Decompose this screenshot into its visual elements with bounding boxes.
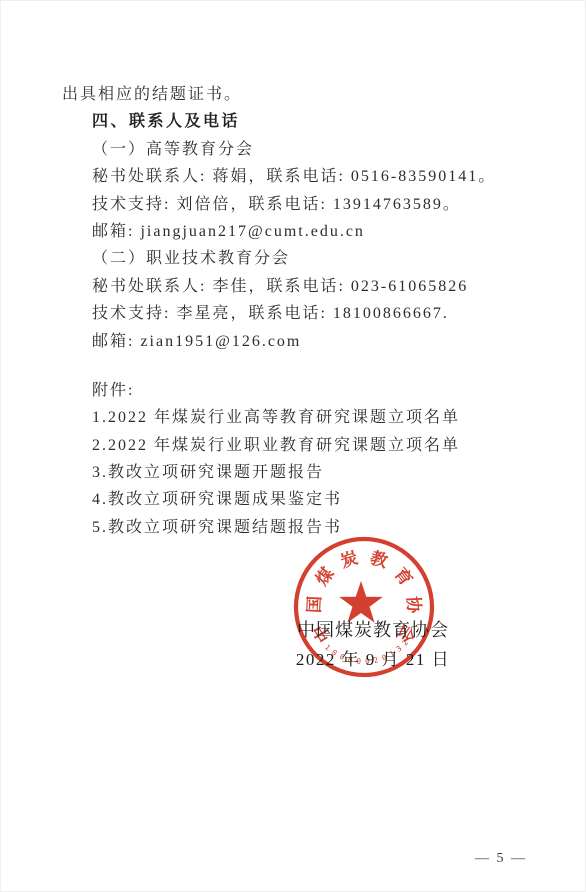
branch-2-support-line: 技术支持: 李星亮，联系电话: 18100866667. bbox=[62, 300, 532, 327]
svg-text:协: 协 bbox=[404, 596, 425, 615]
body-line-intro: 出具相应的结题证书。 bbox=[62, 81, 532, 108]
signature-date: 2022 年 9 月 21 日 bbox=[268, 645, 478, 670]
branch-2-title: （二）职业技术教育分会 bbox=[62, 245, 532, 272]
svg-text:教: 教 bbox=[368, 547, 391, 571]
branch-1-email-line: 邮箱: jiangjuan217@cumt.edu.cn bbox=[62, 218, 532, 245]
svg-text:国: 国 bbox=[305, 596, 325, 614]
page-number: — 5 — bbox=[453, 851, 549, 867]
branch-2-contact-line: 秘书处联系人: 李佳，联系电话: 023-61065826 bbox=[62, 273, 532, 300]
document-page: 出具相应的结题证书。 四、联系人及电话 （一）高等教育分会 秘书处联系人: 蒋娟… bbox=[0, 0, 586, 892]
signature-organization: 中国煤炭教育协会 bbox=[268, 616, 478, 642]
attachment-item: 2.2022 年煤炭行业职业教育研究课题立项名单 bbox=[62, 432, 532, 459]
document-body: 出具相应的结题证书。 四、联系人及电话 （一）高等教育分会 秘书处联系人: 蒋娟… bbox=[62, 81, 532, 541]
branch-2-email-line: 邮箱: zian1951@126.com bbox=[62, 328, 532, 355]
svg-text:育: 育 bbox=[390, 564, 416, 590]
attachments-label: 附件: bbox=[62, 377, 532, 404]
section-heading: 四、联系人及电话 bbox=[62, 108, 532, 135]
attachment-item: 1.2022 年煤炭行业高等教育研究课题立项名单 bbox=[62, 404, 532, 431]
branch-1-support-line: 技术支持: 刘倍倍，联系电话: 13914763589。 bbox=[62, 191, 532, 218]
branch-1-contact-line: 秘书处联系人: 蒋娟，联系电话: 0516-83590141。 bbox=[62, 163, 532, 190]
branch-1-title: （一）高等教育分会 bbox=[62, 136, 532, 163]
svg-text:炭: 炭 bbox=[338, 547, 360, 571]
svg-text:煤: 煤 bbox=[311, 564, 338, 590]
section-gap bbox=[62, 355, 532, 377]
attachment-item: 4.教改立项研究课题成果鉴定书 bbox=[62, 486, 532, 513]
attachment-item: 3.教改立项研究课题开题报告 bbox=[62, 459, 532, 486]
